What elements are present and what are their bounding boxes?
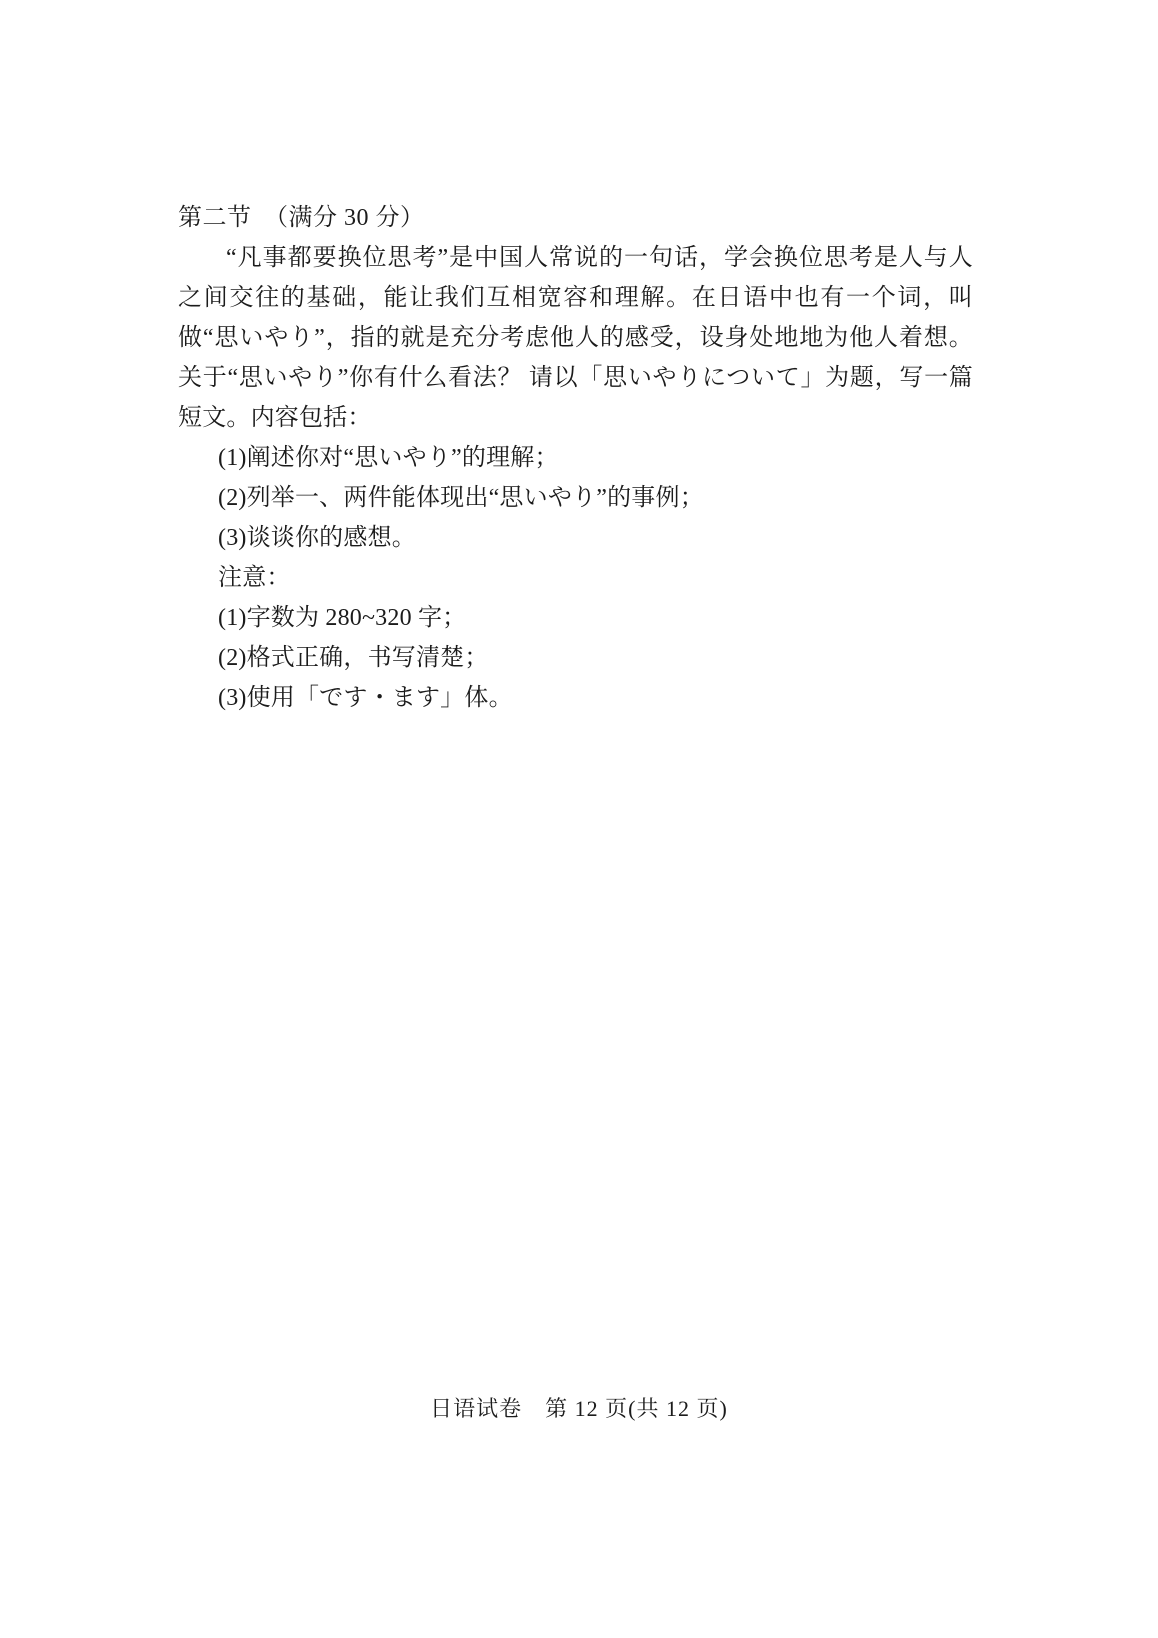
page-footer: 日语试卷 第 12 页(共 12 页) bbox=[0, 1392, 1158, 1426]
notice-item-1: (1)字数为 280~320 字； bbox=[178, 598, 973, 638]
notice-label: 注意： bbox=[178, 558, 973, 598]
content-item-3: (3)谈谈你的感想。 bbox=[178, 518, 973, 558]
task-intro-paragraph: “凡事都要换位思考”是中国人常说的一句话，学会换位思考是人与人之间交往的基础，能… bbox=[178, 238, 973, 438]
exam-page: 第二节 （满分 30 分） “凡事都要换位思考”是中国人常说的一句话，学会换位思… bbox=[0, 0, 1158, 1638]
exam-content-block: 第二节 （满分 30 分） “凡事都要换位思考”是中国人常说的一句话，学会换位思… bbox=[178, 198, 973, 718]
content-item-2: (2)列举一、两件能体现出“思いやり”的事例； bbox=[178, 478, 973, 518]
section-title: 第二节 （满分 30 分） bbox=[178, 198, 973, 238]
notice-item-2: (2)格式正确，书写清楚； bbox=[178, 638, 973, 678]
notice-item-3: (3)使用「です・ます」体。 bbox=[178, 678, 973, 718]
content-item-1: (1)阐述你对“思いやり”的理解； bbox=[178, 438, 973, 478]
